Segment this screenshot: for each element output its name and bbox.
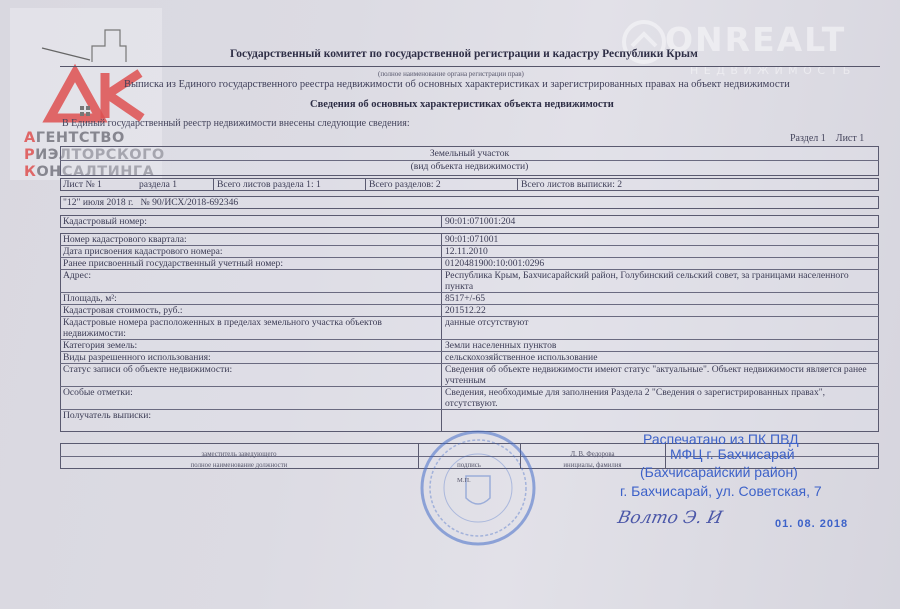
intro-text: В Единый государственный реестр недвижим… <box>62 118 410 129</box>
sheets-in-section: Всего листов раздела 1: 1 <box>214 179 364 190</box>
agency-caption: (полное наименование органа регистрации … <box>378 70 524 78</box>
building-logo-icon <box>30 18 150 128</box>
handwritten-signature: Волто Э. И <box>616 508 724 528</box>
stamp-date: 01. 08. 2018 <box>775 518 848 530</box>
field-label: Получатель выписки: <box>60 410 440 431</box>
sheet-section: раздела 1 <box>136 179 216 190</box>
field-value: Сведения об объекте недвижимости имеют с… <box>442 364 877 387</box>
stamp-line-4: г. Бахчисарай, ул. Советская, 7 <box>620 483 822 499</box>
stamp-line-1: Распечатано из ПК ПВД <box>643 431 799 447</box>
stamp-line-3: (Бахчисарайский район) <box>640 464 798 480</box>
agency-name: Государственный комитет по государственн… <box>230 48 698 60</box>
cadastral-number-value: 90:01:071001:204 <box>442 216 872 227</box>
section-reference: Раздел 1 Лист 1 <box>790 133 864 144</box>
official-seal-icon <box>418 428 538 548</box>
field-label: Адрес: <box>60 270 440 293</box>
sections-total: Всего разделов: 2 <box>366 179 516 190</box>
field-label: Кадастровые номера расположенных в преде… <box>60 317 440 340</box>
cadastral-number-label: Кадастровый номер: <box>60 216 440 227</box>
signer-name: Л. В. Федорова <box>520 449 665 460</box>
field-value: Сведения, необходимые для заполнения Раз… <box>442 387 877 410</box>
signer-position: заместитель заведующего <box>60 449 418 460</box>
sheets-total: Всего листов выписки: 2 <box>518 179 718 190</box>
object-type-caption: (вид объекта недвижимости) <box>60 161 879 172</box>
object-type: Земельный участок <box>60 148 879 159</box>
field-value: данные отсутствуют <box>442 317 877 340</box>
sheet-number: Лист № 1 <box>60 179 140 190</box>
seal-label: М.П. <box>457 477 471 484</box>
extract-title: Выписка из Единого государственного реес… <box>124 79 790 90</box>
document-reference: "12" июля 2018 г. № 90/ИСХ/2018-692346 <box>60 197 660 208</box>
section-title: Сведения об основных характеристиках объ… <box>310 99 614 110</box>
field-value: Республика Крым, Бахчисарайский район, Г… <box>442 270 877 293</box>
signer-position-caption: полное наименование должности <box>60 460 418 471</box>
field-label: Особые отметки: <box>60 387 440 410</box>
field-label: Статус записи об объекте недвижимости: <box>60 364 440 387</box>
stamp-line-2: МФЦ г. Бахчисарай <box>670 446 795 462</box>
